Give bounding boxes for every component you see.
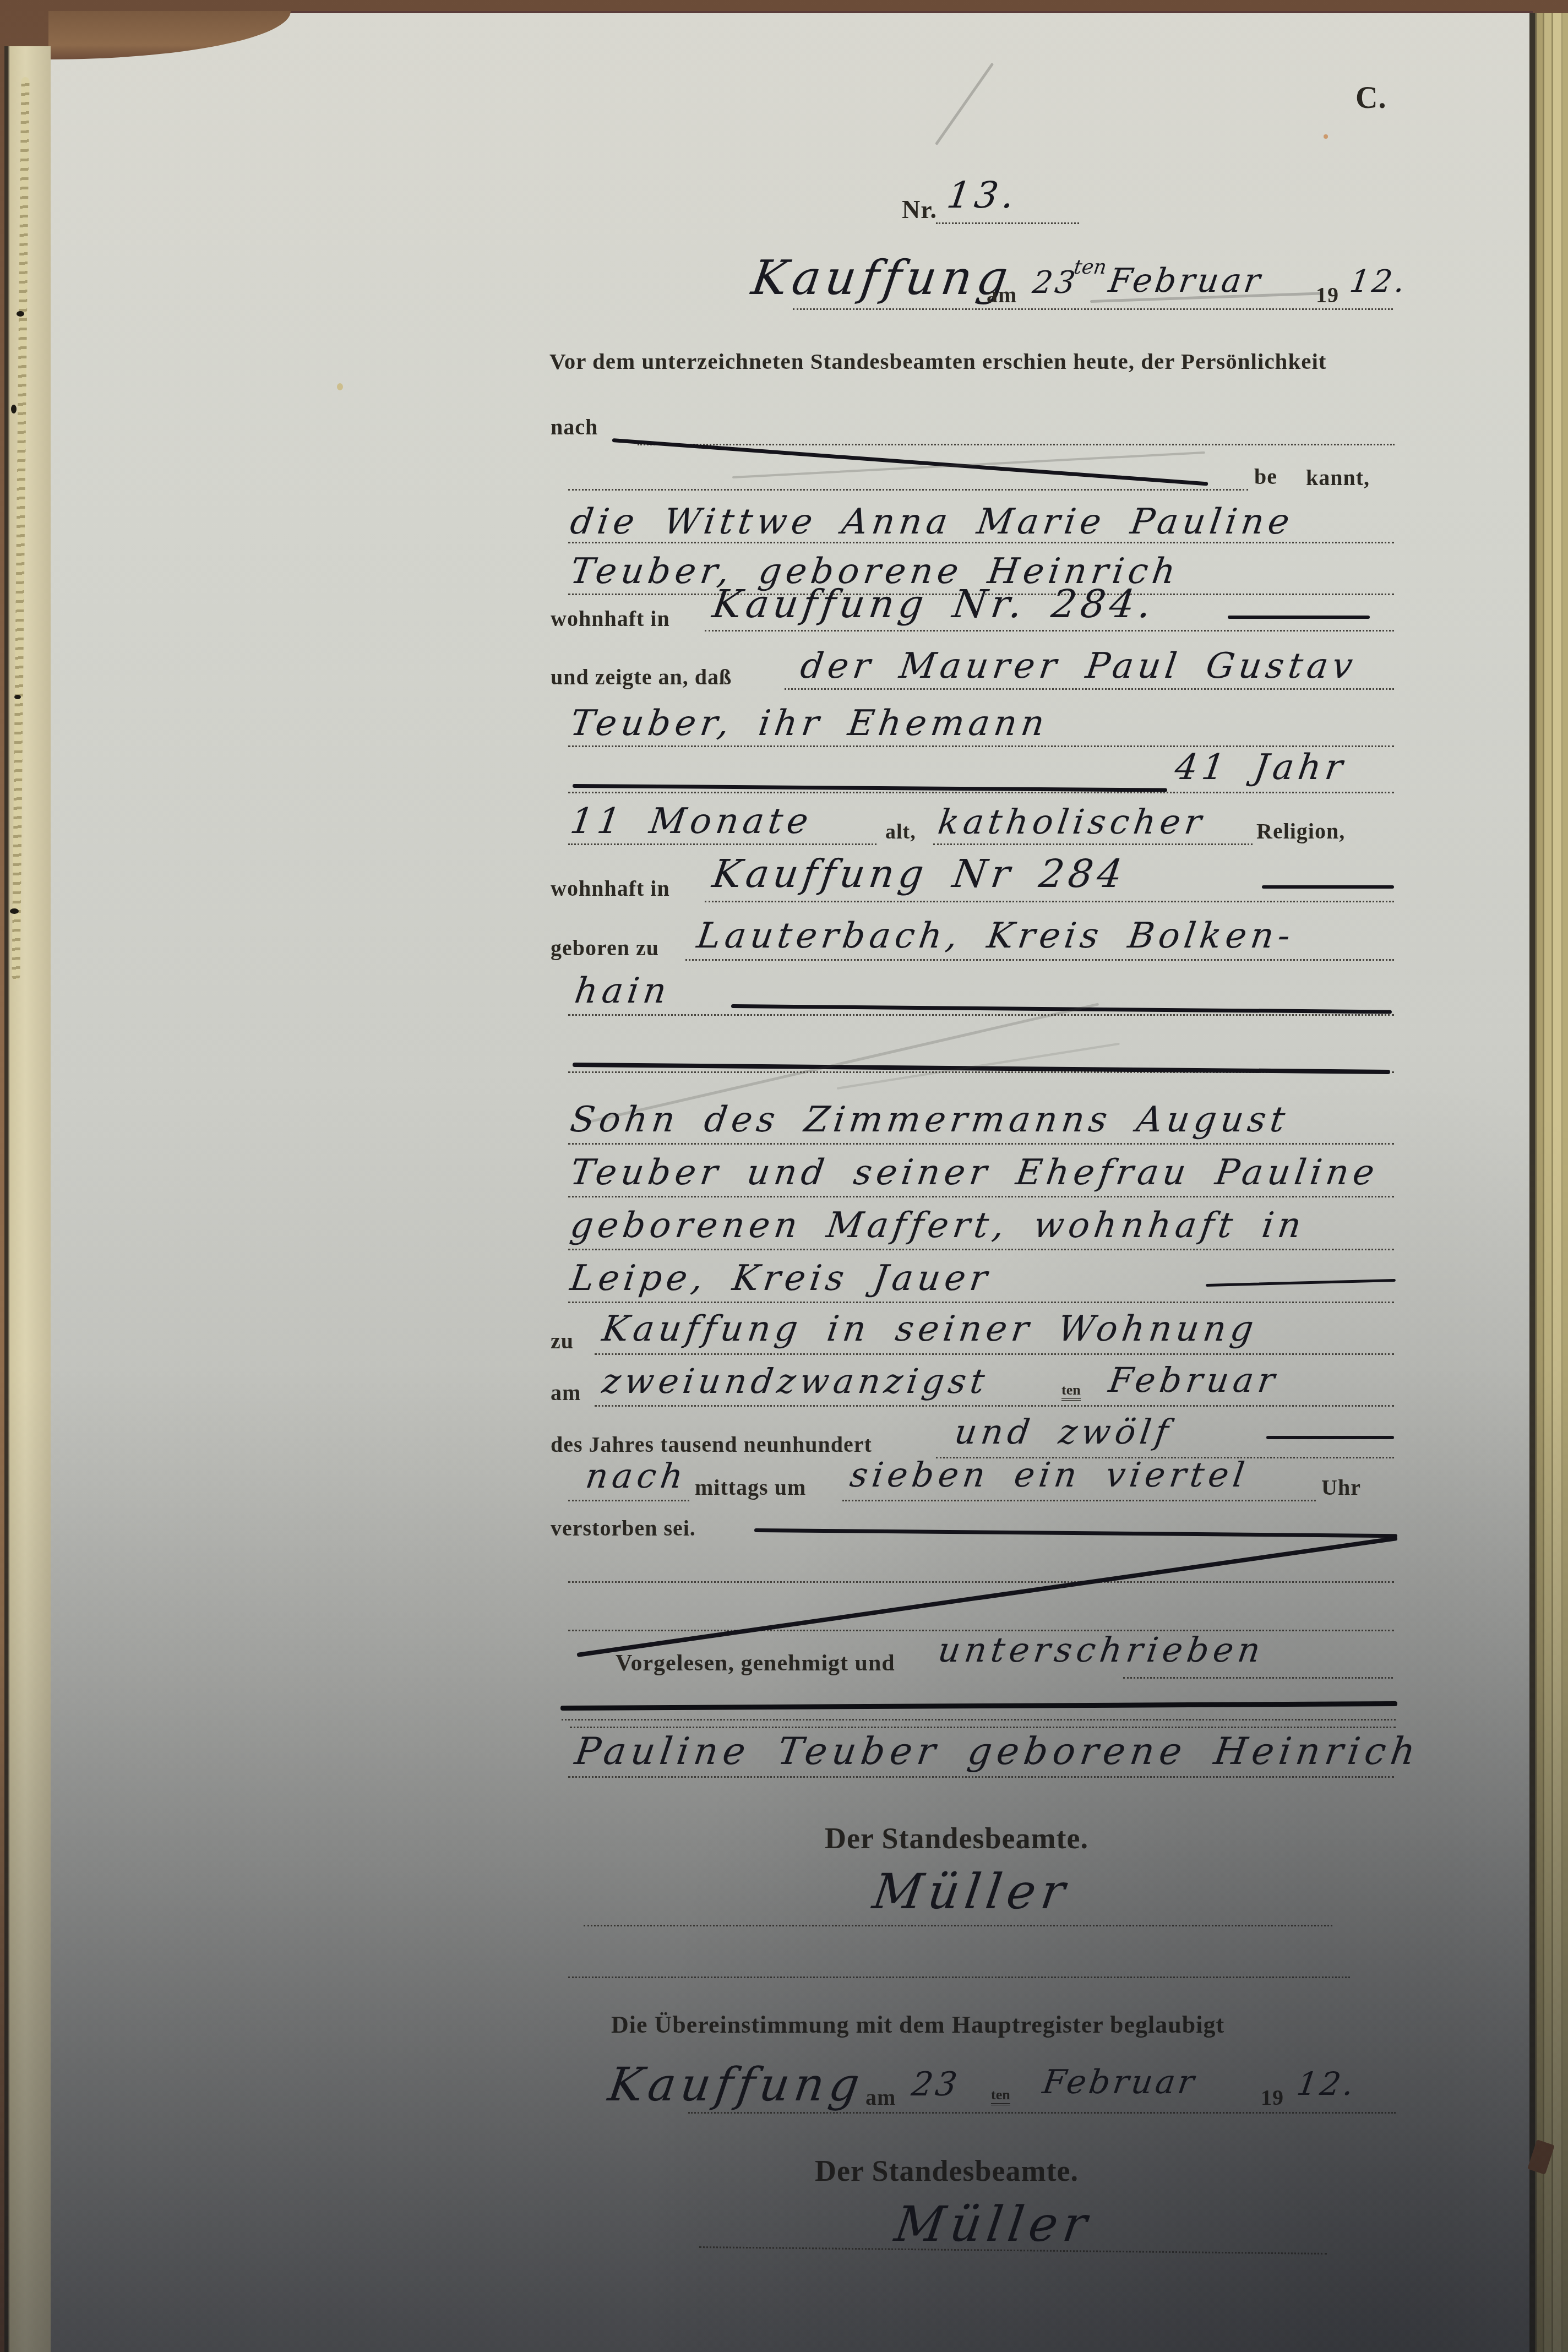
certification-year-printed: 19	[1261, 2087, 1284, 2109]
registrar-signature-2: Müller	[892, 2200, 1096, 2248]
dotted-line	[785, 688, 1394, 690]
certification-day: 23	[910, 2068, 962, 2101]
dotted-line	[793, 308, 1393, 310]
dotted-line	[568, 1977, 1350, 1978]
certification-place: Kauffung	[606, 2061, 867, 2108]
registrar-label-1: Der Standesbeamte.	[825, 1823, 1088, 1853]
parents-line3: geborenen Maffert, wohnhaft in	[568, 1208, 1308, 1243]
record-month: Februar	[1107, 264, 1265, 297]
unterschrieben-script: unterschrieben	[936, 1633, 1267, 1667]
nach-vor-script: nach	[584, 1459, 689, 1493]
death-place: Kauffung in seiner Wohnung	[600, 1311, 1260, 1347]
page-right-edge-line	[1529, 13, 1535, 2352]
uhr-label: Uhr	[1321, 1477, 1361, 1499]
record-number-value: 13.	[945, 177, 1021, 214]
religion-label: Religion,	[1256, 820, 1345, 842]
ink-fleck	[11, 405, 17, 413]
dotted-line	[568, 1249, 1394, 1250]
religion-value: katholischer	[936, 805, 1208, 839]
dotted-line	[568, 1581, 1394, 1583]
scanned-death-record: C. Nr. 13. Kauffung am 23 ten Februar 19…	[0, 0, 1568, 2352]
wohnhaft-label-1: wohnhaft in	[551, 608, 670, 630]
death-time: sieben ein viertel	[848, 1458, 1251, 1492]
dotted-line	[933, 843, 1253, 845]
filler-dash	[1262, 885, 1394, 889]
residence-2: Kauffung Nr 284	[710, 854, 1129, 893]
dotted-line	[568, 1196, 1394, 1197]
residence-1: Kauffung Nr. 284.	[710, 585, 1158, 623]
am-label: am	[987, 284, 1017, 306]
dotted-line	[568, 843, 876, 845]
certification-ten-suffix: ten	[991, 2088, 1010, 2105]
dotted-line	[1123, 1677, 1393, 1679]
deceased-line2: Teuber, ihr Ehemann	[568, 706, 1051, 741]
mittags-um-label: mittags um	[695, 1477, 806, 1499]
zeigte-an-label: und zeigte an, daß	[551, 666, 732, 688]
dotted-line	[568, 1500, 689, 1501]
death-day: zweiundzwanzigst	[600, 1364, 991, 1398]
age-months: 11 Monate	[568, 804, 815, 839]
year-script: 12.	[1348, 266, 1409, 297]
ink-fleck	[17, 311, 24, 317]
record-number-label: Nr.	[902, 197, 937, 222]
dotted-line	[705, 901, 1394, 902]
page-corner-mark: C.	[1355, 83, 1386, 113]
dotted-line	[570, 1727, 1396, 1728]
dotted-line	[705, 630, 1394, 631]
dotted-line	[568, 792, 1394, 793]
jahres-label: des Jahres tausend neunhundert	[551, 1434, 872, 1456]
record-place: Kauffung	[749, 254, 1015, 302]
ten-suffix: ten	[1061, 1383, 1081, 1401]
declarant-signature: Pauline Teuber geborene Heinrich	[573, 1733, 1423, 1771]
dotted-line	[568, 1302, 1394, 1303]
dotted-line	[568, 1776, 1394, 1778]
wohnhaft-label-2: wohnhaft in	[551, 878, 670, 900]
dotted-line	[638, 444, 1395, 445]
death-year-words: und zwölf	[952, 1415, 1175, 1449]
certification-month: Februar	[1041, 2066, 1199, 2099]
am-label-2: am	[551, 1382, 581, 1404]
certification-am-label: am	[865, 2087, 896, 2109]
registrar-signature-1: Müller	[870, 1868, 1074, 1916]
age-years: 41 Jahr	[1173, 750, 1349, 785]
paper-stain	[337, 383, 343, 390]
registrar-label-2: Der Standesbeamte.	[815, 2156, 1079, 2186]
vorgelesen-label: Vorgelesen, genehmigt und	[616, 1652, 895, 1675]
dotted-line	[595, 1353, 1394, 1355]
dotted-line	[568, 489, 1248, 491]
zu-label: zu	[551, 1330, 574, 1352]
record-day: 23	[1031, 268, 1080, 298]
declarant-line1: die Wittwe Anna Marie Pauline	[568, 504, 1296, 540]
certification-year-script: 12.	[1295, 2068, 1358, 2100]
alt-label: alt,	[885, 821, 916, 842]
parents-line2: Teuber und seiner Ehefrau Pauline	[568, 1155, 1381, 1190]
certification-line: Die Übereinstimmung mit dem Hauptregiste…	[611, 2013, 1224, 2037]
verstorben-label: verstorben sei.	[551, 1517, 696, 1539]
paper-stain	[1324, 134, 1328, 139]
book-page-edges	[1535, 13, 1568, 2352]
intro-line: Vor dem unterzeichneten Standesbeamten e…	[549, 350, 1326, 373]
dotted-line	[595, 1405, 1394, 1407]
parents-line1: Sohn des Zimmermanns August	[568, 1102, 1292, 1137]
deceased-line1: der Maurer Paul Gustav	[798, 649, 1359, 684]
death-month: Februar	[1107, 1363, 1281, 1397]
filler-dash	[1266, 1436, 1394, 1439]
parents-line4: Leipe, Kreis Jauer	[568, 1261, 994, 1296]
record-day-suffix: ten	[1072, 258, 1108, 277]
dotted-line	[688, 2112, 1396, 2114]
dotted-line	[936, 222, 1079, 224]
birthplace-line2: hain	[573, 973, 673, 1009]
dotted-line	[568, 1014, 1394, 1016]
dotted-line	[842, 1500, 1316, 1501]
nach-label: nach	[551, 416, 598, 438]
ink-fleck	[14, 695, 21, 699]
bekannt-suffix: kannt,	[1306, 467, 1370, 489]
book-gutter-edge	[4, 46, 51, 2352]
dotted-line	[562, 1719, 1396, 1721]
geboren-zu-label: geboren zu	[551, 937, 659, 959]
year-printed: 19	[1316, 284, 1339, 306]
bekannt-prefix: be	[1254, 466, 1277, 488]
filler-dash	[1228, 616, 1370, 619]
dotted-line	[584, 1925, 1332, 1926]
dotted-line	[685, 959, 1394, 961]
ink-fleck	[10, 908, 19, 914]
dotted-line	[568, 1143, 1394, 1145]
birthplace-line1: Lauterbach, Kreis Bolken-	[695, 918, 1297, 954]
